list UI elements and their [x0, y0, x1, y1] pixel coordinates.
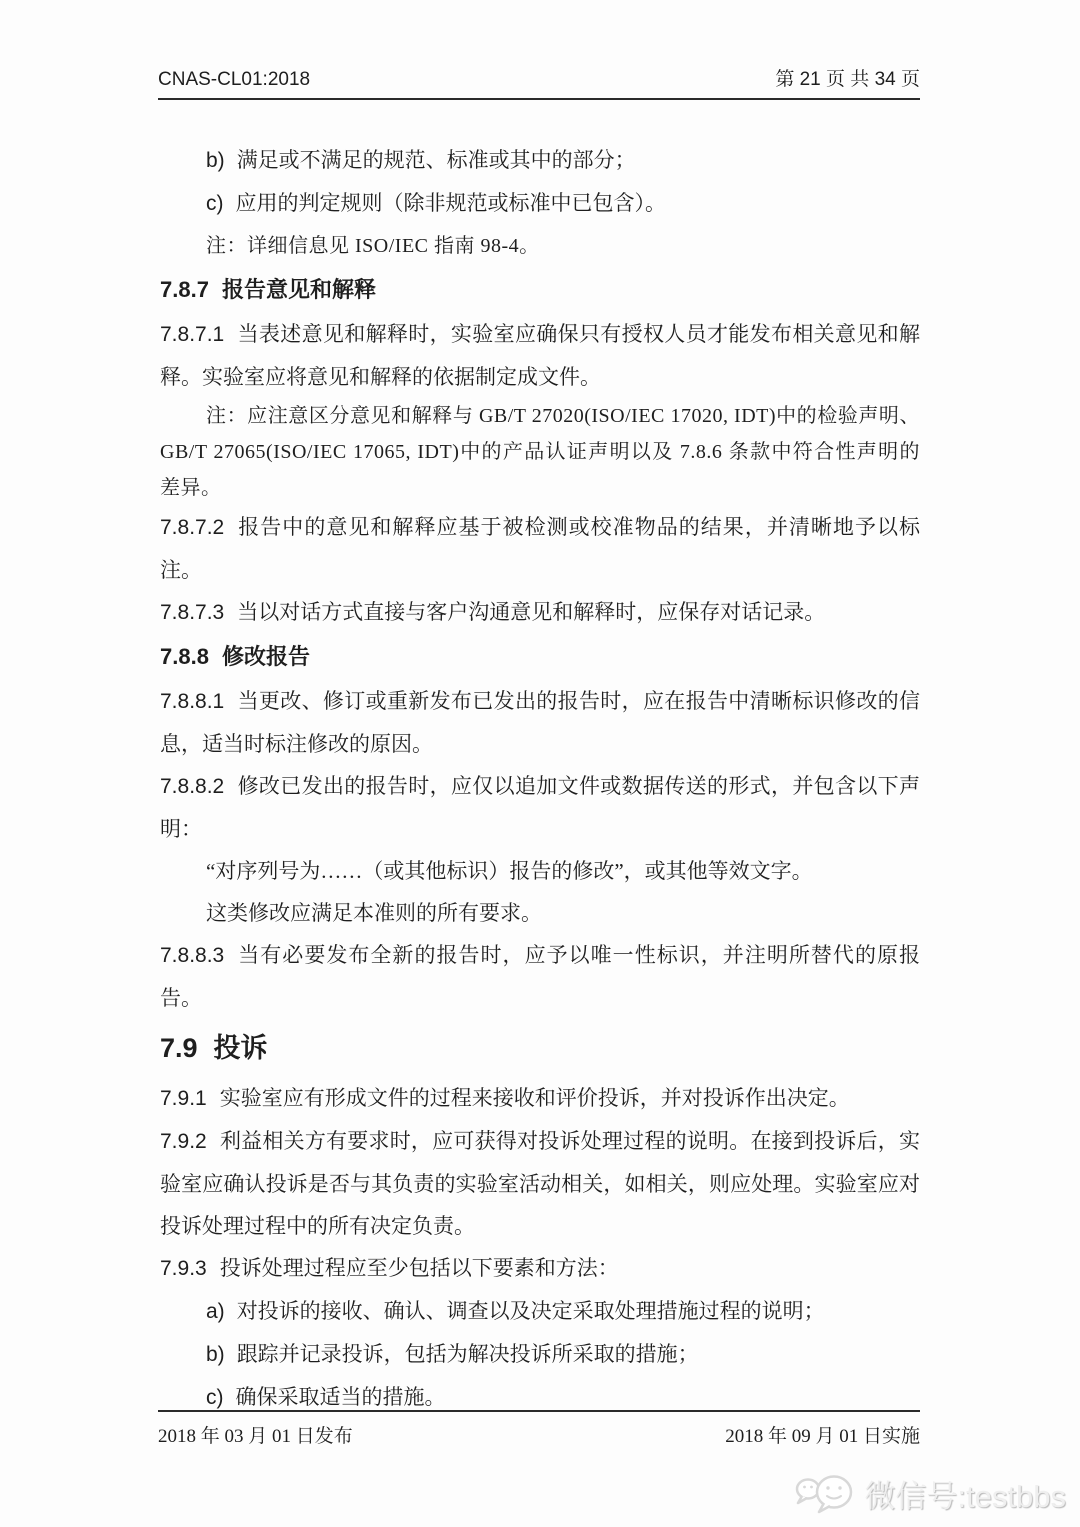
- list-label: c): [206, 1386, 224, 1409]
- clause-number: 7.8.8.3: [160, 944, 224, 967]
- list-item-a: a)对投诉的接收、确认、调查以及决定采取处理措施过程的说明；: [160, 1290, 920, 1333]
- clause-7-9-3: 7.9.3投诉处理过程应至少包括以下要素和方法：: [160, 1247, 920, 1290]
- clause-number: 7.8.7.3: [160, 601, 224, 624]
- list-text: 对投诉的接收、确认、调查以及决定采取处理措施过程的说明；: [237, 1299, 825, 1323]
- heading-text: 修改报告: [222, 644, 310, 669]
- page-header: CNAS-CL01:2018 第 21 页 共 34 页: [158, 64, 920, 100]
- list-label: b): [206, 149, 225, 172]
- list-item-b: b)满足或不满足的规范、标准或其中的部分；: [160, 139, 920, 182]
- note-7-8-7-1: 注：应注意区分意见和解释与 GB/T 27020(ISO/IEC 17020, …: [160, 398, 920, 506]
- clause-7-8-7-2: 7.8.7.2报告中的意见和解释应基于被检测或校准物品的结果，并清晰地予以标注。: [160, 506, 920, 591]
- list-text: 满足或不满足的规范、标准或其中的部分；: [237, 148, 636, 172]
- clause-7-8-8-1: 7.8.8.1当更改、修订或重新发布已发出的报告时，应在报告中清晰标识修改的信息…: [160, 680, 920, 765]
- list-text: 应用的判定规则（除非规范或标准中已包含）。: [236, 191, 667, 215]
- clause-number: 7.8.8.1: [160, 690, 224, 713]
- list-item-c: c)应用的判定规则（除非规范或标准中已包含）。: [160, 182, 920, 225]
- clause-7-9-1: 7.9.1实验室应有形成文件的过程来接收和评价投诉，并对投诉作出决定。: [160, 1077, 920, 1120]
- page-number: 第 21 页 共 34 页: [775, 64, 920, 91]
- list-text: 跟踪并记录投诉，包括为解决投诉所采取的措施；: [237, 1342, 699, 1366]
- clause-text: 当更改、修订或重新发布已发出的报告时，应在报告中清晰标识修改的信息，适当时标注修…: [160, 689, 920, 756]
- page-footer: 2018 年 03 月 01 日发布 2018 年 09 月 01 日实施: [158, 1410, 920, 1448]
- clause-7-8-8-3: 7.8.8.3当有必要发布全新的报告时，应予以唯一性标识，并注明所替代的原报告。: [160, 934, 920, 1019]
- watermark: 微信号:testbbs: [794, 1467, 1066, 1519]
- clause-7-8-7-1: 7.8.7.1当表述意见和解释时，实验室应确保只有授权人员才能发布相关意见和解释…: [160, 313, 920, 398]
- clause-7-8-7-3: 7.8.7.3当以对话方式直接与客户沟通意见和解释时，应保存对话记录。: [160, 591, 920, 634]
- heading-7-8-8: 7.8.8修改报告: [160, 634, 920, 680]
- clause-7-8-8-2: 7.8.8.2修改已发出的报告时，应仅以追加文件或数据传送的形式，并包含以下声明…: [160, 765, 920, 850]
- clause-text: 当以对话方式直接与客户沟通意见和解释时，应保存对话记录。: [237, 600, 825, 624]
- heading-7-9: 7.9投诉: [160, 1019, 920, 1077]
- clause-number: 7.9.3: [160, 1257, 207, 1280]
- heading-7-8-7: 7.8.7报告意见和解释: [160, 267, 920, 313]
- doc-code: CNAS-CL01:2018: [158, 69, 310, 91]
- list-label: b): [206, 1343, 225, 1366]
- list-text: 确保采取适当的措施。: [236, 1385, 446, 1409]
- quote-requirement: 这类修改应满足本准则的所有要求。: [160, 892, 920, 934]
- clause-number: 7.8.8.2: [160, 775, 224, 798]
- clause-text: 实验室应有形成文件的过程来接收和评价投诉，并对投诉作出决定。: [220, 1086, 850, 1110]
- clause-text: 当表述意见和解释时，实验室应确保只有授权人员才能发布相关意见和解释。实验室应将意…: [160, 322, 920, 389]
- note-iso-guide: 注：详细信息见 ISO/IEC 指南 98-4。: [160, 225, 920, 267]
- clause-number: 7.9: [160, 1033, 198, 1063]
- implement-date: 2018 年 09 月 01 日实施: [725, 1421, 920, 1448]
- list-label: a): [206, 1300, 225, 1323]
- clause-text: 当有必要发布全新的报告时，应予以唯一性标识，并注明所替代的原报告。: [160, 943, 920, 1010]
- list-item-b2: b)跟踪并记录投诉，包括为解决投诉所采取的措施；: [160, 1333, 920, 1376]
- clause-text: 修改已发出的报告时，应仅以追加文件或数据传送的形式，并包含以下声明：: [160, 774, 920, 841]
- heading-text: 投诉: [214, 1033, 268, 1063]
- wechat-icon: [794, 1467, 858, 1519]
- clause-text: 利益相关方有要求时，应可获得对投诉处理过程的说明。在接到投诉后，实验室应确认投诉…: [160, 1129, 920, 1238]
- clause-number: 7.9.2: [160, 1130, 207, 1153]
- quote-statement: “对序列号为……（或其他标识）报告的修改”，或其他等效文字。: [160, 850, 920, 892]
- list-label: c): [206, 192, 224, 215]
- clause-text: 报告中的意见和解释应基于被检测或校准物品的结果，并清晰地予以标注。: [160, 515, 920, 582]
- release-date: 2018 年 03 月 01 日发布: [158, 1421, 353, 1448]
- clause-number: 7.9.1: [160, 1087, 207, 1110]
- document-content: b)满足或不满足的规范、标准或其中的部分； c)应用的判定规则（除非规范或标准中…: [160, 101, 920, 1419]
- clause-number: 7.8.7: [160, 277, 209, 302]
- watermark-text: 微信号:testbbs: [864, 1471, 1066, 1516]
- clause-number: 7.8.7.1: [160, 323, 224, 346]
- document-page: CNAS-CL01:2018 第 21 页 共 34 页 b)满足或不满足的规范…: [0, 0, 1080, 1527]
- clause-number: 7.8.8: [160, 644, 209, 669]
- clause-text: 投诉处理过程应至少包括以下要素和方法：: [220, 1256, 619, 1280]
- clause-number: 7.8.7.2: [160, 516, 224, 539]
- heading-text: 报告意见和解释: [222, 277, 376, 302]
- clause-7-9-2: 7.9.2利益相关方有要求时，应可获得对投诉处理过程的说明。在接到投诉后，实验室…: [160, 1120, 920, 1247]
